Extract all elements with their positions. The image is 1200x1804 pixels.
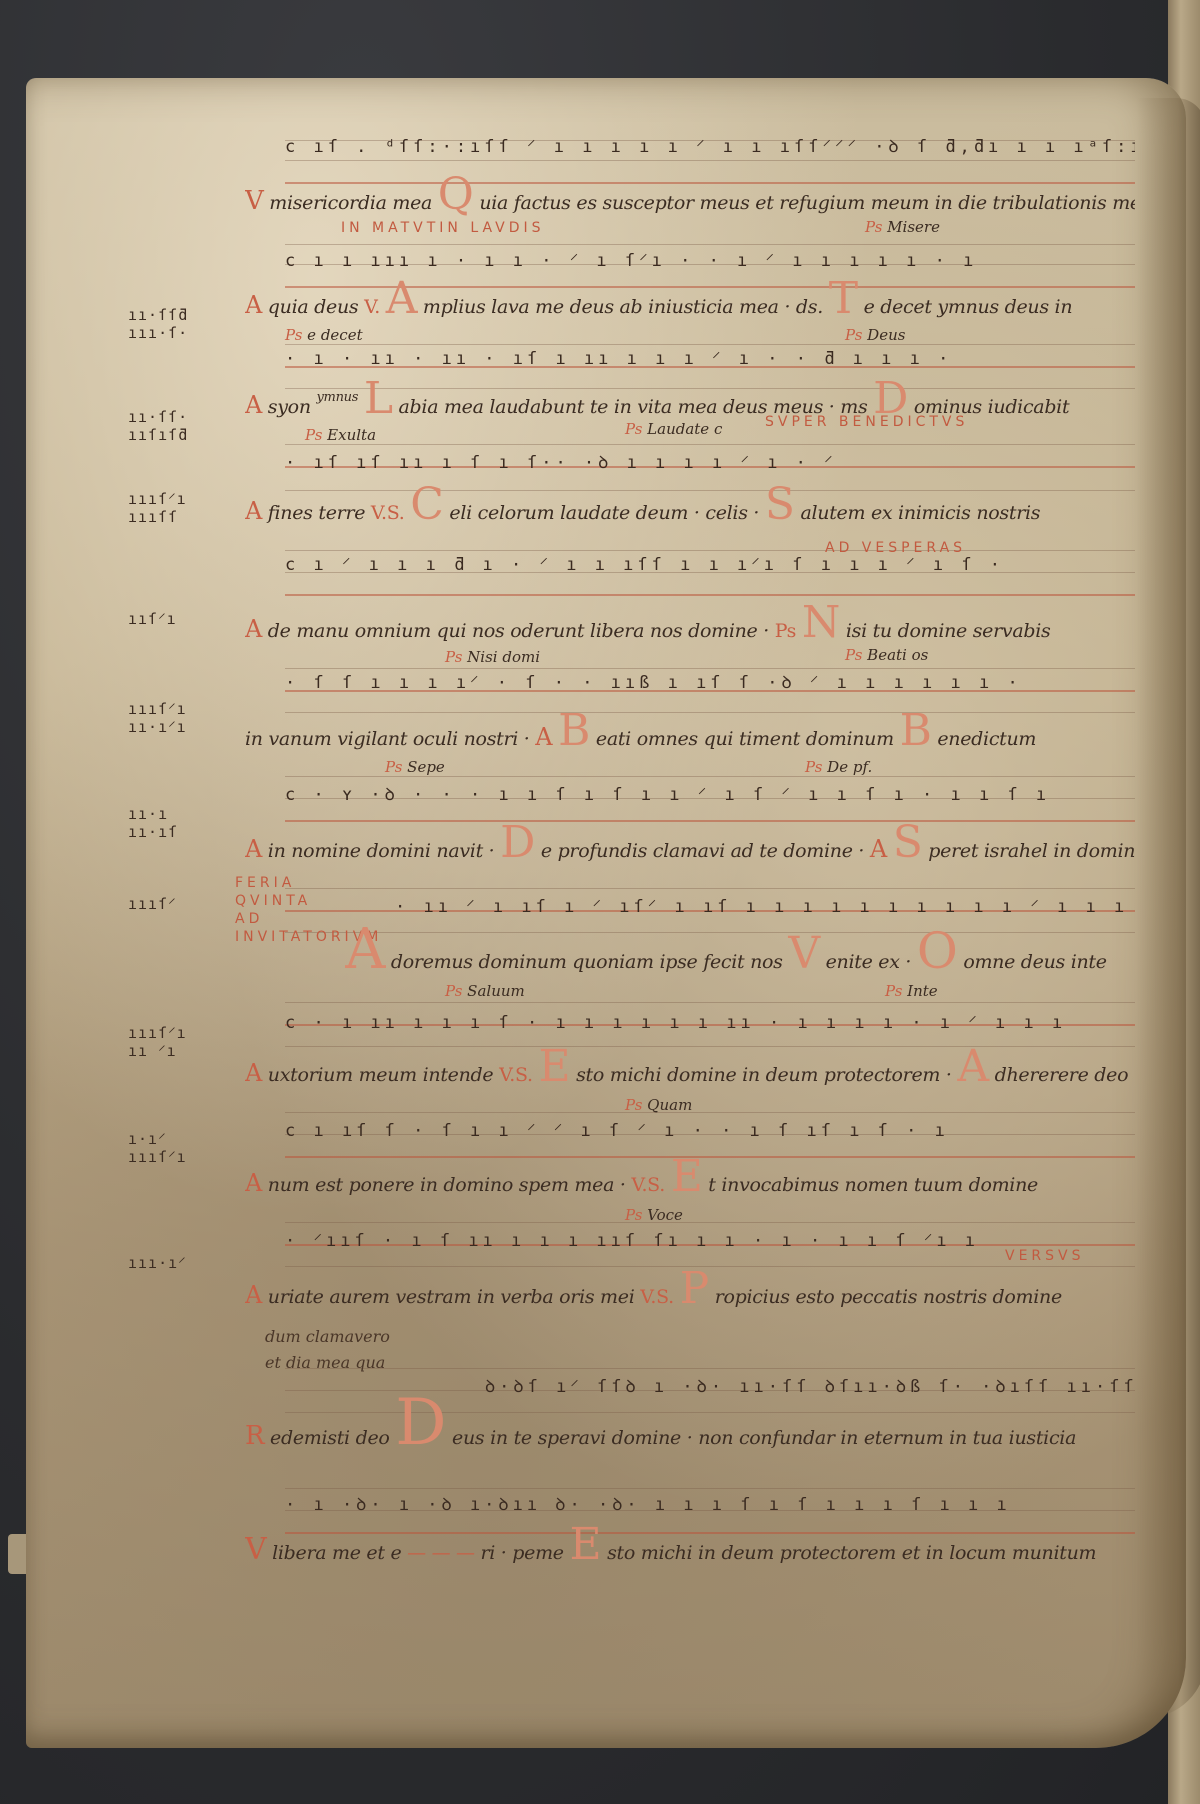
neume-line: · ſ ſ ı ı ı ı⸍ · ſ · · ııß ı ıſ ſ ·ꝺ ⸍ ı… — [285, 670, 1135, 693]
antiphon-mark: A — [245, 497, 262, 525]
antiphon-mark: A — [245, 835, 262, 863]
initial-letter: A — [345, 917, 385, 982]
neume-line: c ı ⸍ ı ı ı ƌ ı · ⸍ ı ı ıſſ ı ı ı⸍ı ſ ı … — [285, 552, 1135, 575]
margin-neume-group-10: ııı·ı⸍ — [128, 1254, 187, 1272]
page-curl-shadow — [1136, 98, 1200, 1718]
initial-letter: E — [671, 1151, 703, 1202]
lyric-line: in vanum vigilant oculi nostri · A B eat… — [245, 705, 1135, 756]
chant-system: AD VESPERAS c ı ⸍ ı ı ı ƌ ı · ⸍ ı ı ıſſ … — [245, 536, 1135, 654]
lyric-line: A in nomine domini navit · D e profundis… — [245, 817, 1135, 868]
neume-line: · ı ·ꝺ· ı ·ꝺ ı·ꝺıı ꝺ· ·ꝺ· ı ı ı ſ ı ſ ı … — [285, 1492, 1135, 1515]
initial-letter: Q — [438, 169, 474, 220]
neume-line: c ı ıſ ſ · ſ ı ı ⸍ ⸍ ı ſ ⸍ ı · · ı ſ ıſ … — [285, 1118, 1135, 1141]
margin-neume: ıı ⸍ı — [128, 1042, 187, 1060]
chant-system: Ps e decet Ps Deus · ı · ıı · ıı · ıſ ı … — [245, 330, 1135, 430]
initial-letter: S — [893, 817, 923, 868]
lyric-line: A quia deus V. A mplius lava me deus ab … — [245, 273, 1135, 324]
antiphon-mark: A — [535, 723, 552, 751]
lyric-text: eati omnes qui timent dominum — [596, 728, 894, 750]
neume-line: · ı · ıı · ıı · ıſ ı ıı ı ı ı ⸍ ı · · ƌ … — [285, 346, 1135, 369]
lyric-text: quia deus — [268, 296, 359, 318]
lyric-text: omne deus inte — [963, 951, 1106, 973]
lyric-text: dhererere deo — [995, 1064, 1129, 1086]
initial-letter: D — [395, 1386, 446, 1460]
psalm-cue: Ps e decet — [285, 326, 363, 344]
margin-neume: ıııſ⸍ı — [128, 1024, 187, 1042]
margin-neume: ıı·ı⸍ı — [128, 718, 187, 736]
lyric-text: libera me et e — [272, 1542, 401, 1564]
lyric-text: in nomine domini — [268, 840, 431, 862]
lyric-text: de manu omnium qui nos oderunt libera no… — [268, 620, 769, 642]
chant-system: FERIA QVINTA AD INVITATORIVM · ıı ⸍ ı ıſ… — [245, 874, 1135, 988]
lyric-text: uia factus es susceptor meus et refugium… — [479, 192, 1135, 214]
lyric-text: num est ponere in domino spem mea · — [268, 1174, 626, 1196]
initial-letter: B — [558, 705, 590, 756]
lyric-text: uriate aurem vestram in verba oris mei — [268, 1286, 635, 1308]
verse-mark: V. — [364, 296, 380, 318]
neume-line: c ı ı ııı ı · ı ı · ⸍ ı ſ⸍ı · · ı ⸍ ı ı … — [285, 248, 1135, 271]
margin-neume-group-9: ı·ı⸍ ıııſ⸍ı — [128, 1130, 187, 1166]
lyric-line: R edemisti deo D eus in te speravi domin… — [245, 1386, 1135, 1460]
lyric-line: V libera me et e — — — ri · peme E sto m… — [245, 1519, 1135, 1570]
antiphon-mark: A — [245, 1059, 262, 1087]
lyric-text: e decet ymnus deus in — [864, 296, 1073, 318]
antiphon-mark: A — [870, 835, 887, 863]
margin-neume-group-6: ıı·ı ıı·ıſ — [128, 805, 178, 841]
psalm-cue: Ps — [775, 620, 796, 642]
lyric-line: A de manu omnium qui nos oderunt libera … — [245, 597, 1135, 648]
responsory-mark: R — [245, 1421, 264, 1451]
rubric-heading: IN MATVTIN LAVDIS — [341, 220, 545, 236]
psalm-cue: Ps Saluum — [445, 982, 525, 1000]
margin-neume: ıı·ſſƌ — [128, 306, 188, 324]
lyric-line: A uxtorium meum intende V.S. E sto michi… — [245, 1041, 1135, 1092]
lyric-text: ropicius esto peccatis nostris domine — [715, 1286, 1062, 1308]
lyric-text: sto michi domine in deum protectorem · — [576, 1064, 952, 1086]
lyric-text: in vanum vigilant oculi nostri · — [245, 728, 530, 750]
lyric-text: eus in te speravi domine · non confundar… — [452, 1427, 1076, 1449]
margin-neume: ıı·ı — [128, 805, 178, 823]
verse-mark: V.S. — [499, 1064, 533, 1086]
psalm-cue: Ps Voce — [625, 1206, 683, 1224]
initial-letter: B — [900, 705, 932, 756]
margin-neume: ıııſ⸍ı — [128, 490, 187, 508]
responsory-prefix: dum clamavero et dia mea qua — [265, 1324, 390, 1376]
chant-system: Ps Voce VERSVS · ⸍ııſ · ı ſ ıı ı ı ı ııſ… — [245, 1208, 1135, 1320]
chant-system: Ps Exulta Ps Laudate c SVPER BENEDICTVS … — [245, 430, 1135, 536]
initial-letter: L — [364, 373, 393, 424]
psalm-cue: Ps Exulta — [305, 426, 376, 444]
versicle-mark: V — [245, 1532, 266, 1567]
psalm-cue: Ps De pf. — [805, 758, 872, 776]
psalm-cue: Ps Nisi domi — [445, 648, 540, 666]
neume-line: · ıı ⸍ ı ıſ ı ⸍ ıſ⸍ ı ıſ ı ı ı ı ı ı ı ı… — [395, 894, 1135, 917]
antiphon-mark: A — [245, 1169, 262, 1197]
neume-line: c · ʏ ·ꝺ · · · ı ı ſ ı ſ ı ı ⸍ ı ſ ⸍ ı ı… — [285, 782, 1135, 805]
margin-neume: ıı·ſſ· — [128, 408, 188, 426]
antiphon-mark: A — [245, 1281, 262, 1309]
initial-letter: S — [765, 479, 795, 530]
antiphon-mark: A — [245, 615, 262, 643]
lyric-text: alutem ex inimicis nostris — [800, 502, 1040, 524]
initial-letter: A — [386, 273, 417, 324]
lyric-text: enedictum — [937, 728, 1036, 750]
psalm-cue: Ps Laudate c — [625, 420, 722, 438]
initial-letter: O — [917, 922, 958, 980]
lyric-line: A fines terre V.S. C eli celorum laudate… — [245, 479, 1135, 530]
initial-letter: N — [802, 597, 840, 648]
initial-letter: E — [539, 1041, 571, 1092]
margin-neume: ıııſſ — [128, 508, 187, 526]
verse-mark: V.S. — [640, 1286, 674, 1308]
neume-line: c ıſ . ᵈſſ:·:ıſſ ⸍ ı ı ı ı ı ⸍ ı ı ıſſ⸍⸍… — [285, 134, 1135, 157]
interlinear-word: ymnus — [317, 390, 359, 405]
margin-neume-group-2: ıı·ſſ· ııſıſƌ — [128, 408, 188, 444]
initial-letter: D — [500, 817, 535, 868]
lyric-text: navit · — [436, 840, 494, 862]
initial-letter: P — [680, 1263, 709, 1314]
lyric-text: uxtorium meum intende — [268, 1064, 494, 1086]
margin-neume-group-5: ıııſ⸍ı ıı·ı⸍ı — [128, 700, 187, 736]
lyric-text: t invocabimus nomen tuum domine — [708, 1174, 1038, 1196]
rubric-heading: FERIA QVINTA AD INVITATORIVM — [235, 874, 345, 946]
neume-line: · ⸍ııſ · ı ſ ıı ı ı ı ııſ ſı ı ı · ı · ı… — [285, 1228, 1135, 1251]
antiphon-mark: A — [245, 291, 262, 319]
lyric-text: isi tu domine servabis — [846, 620, 1051, 642]
lyric-line: A num est ponere in domino spem mea · V.… — [245, 1151, 1135, 1202]
chant-system: IN MATVTIN LAVDIS Ps Misere c ı ı ııı ı … — [245, 226, 1135, 330]
lyric-text: doremus dominum quoniam ipse fecit nos — [391, 951, 783, 973]
chant-system: c ıſ . ᵈſſ:·:ıſſ ⸍ ı ı ı ı ı ⸍ ı ı ıſſ⸍⸍… — [245, 120, 1135, 226]
lyric-text: enite ex · — [826, 951, 912, 973]
margin-neume-group-1: ıı·ſſƌ ııı·ſ· — [128, 306, 188, 342]
neume-line: · ıſ ıſ ıı ı ſ ı ſ·· ·ꝺ ı ı ı ı ⸍ ı · ⸍ — [285, 450, 1135, 473]
verse-mark: V.S. — [631, 1174, 665, 1196]
initial-letter: A — [957, 1041, 988, 1092]
verse-mark: V.S. — [371, 502, 405, 524]
margin-neume: ııı·ſ· — [128, 324, 188, 342]
lyric-line: V misericordia mea Q uia factus es susce… — [245, 169, 1135, 220]
lyric-text: edemisti deo — [270, 1427, 390, 1449]
margin-neume: ııſıſƌ — [128, 426, 188, 444]
lyric-text: sto michi in deum protectorem et in locu… — [607, 1542, 1096, 1564]
lyric-line: A uriate aurem vestram in verba oris mei… — [245, 1263, 1135, 1314]
lyric-text: eli celorum laudate deum · celis · — [449, 502, 759, 524]
initial-letter: V — [788, 928, 819, 979]
chant-system: Ps Nisi domi Ps Beati os · ſ ſ ı ı ı ı⸍ … — [245, 654, 1135, 762]
chant-text-block: c ıſ . ᵈſſ:·:ıſſ ⸍ ı ı ı ı ı ⸍ ı ı ıſſ⸍⸍… — [245, 120, 1135, 1590]
margin-neume-group-4: ııſ⸍ı — [128, 610, 177, 628]
lyric-text: peret israhel in domino — [928, 840, 1135, 862]
chant-system: Ps Sepe Ps De pf. c · ʏ ·ꝺ · · · ı ı ſ ı… — [245, 762, 1135, 874]
versicle-mark: V — [245, 186, 263, 216]
chant-system: · ı ·ꝺ· ı ·ꝺ ı·ꝺıı ꝺ· ·ꝺ· ı ı ı ſ ı ſ ı … — [245, 1470, 1135, 1590]
margin-neume: ı·ı⸍ — [128, 1130, 187, 1148]
rubric-heading: SVPER BENEDICTVS — [765, 414, 968, 430]
chant-system: Ps Saluum Ps Inte c · ı ıı ı ı ı ſ · ı ı… — [245, 988, 1135, 1098]
neume-line: c · ı ıı ı ı ı ſ · ı ı ı ı ı ı ıı · ı ı … — [285, 1010, 1135, 1033]
margin-neume: ııı·ı⸍ — [128, 1254, 187, 1272]
lyric-text: mplius lava me deus ab iniusticia mea · … — [423, 296, 823, 318]
psalm-cue: Ps Quam — [625, 1096, 692, 1114]
lyric-line: A syon ymnus L abia mea laudabunt te in … — [245, 373, 1135, 424]
margin-neume-group-3: ıııſ⸍ı ıııſſ — [128, 490, 187, 526]
psalm-cue: Ps Beati os — [845, 646, 928, 664]
margin-neume: ıııſ⸍ı — [128, 1148, 187, 1166]
chant-system: Ps Quam c ı ıſ ſ · ſ ı ı ⸍ ⸍ ı ſ ⸍ ı · ·… — [245, 1098, 1135, 1208]
psalm-cue: Ps Sepe — [385, 758, 445, 776]
margin-neume: ıııſ⸍ı — [128, 700, 187, 718]
psalm-cue: Ps Misere — [865, 218, 940, 236]
lyric-text: fines terre — [268, 502, 365, 524]
initial-letter: E — [570, 1519, 602, 1570]
margin-neume: ıı·ıſ — [128, 823, 178, 841]
margin-neume-group-8: ıııſ⸍ı ıı ⸍ı — [128, 1024, 187, 1060]
margin-neume: ııſ⸍ı — [128, 610, 177, 628]
initial-letter: T — [829, 273, 858, 324]
lyric-text: syon — [268, 396, 311, 418]
psalm-cue: Ps Deus — [845, 326, 905, 344]
margin-neume-group-7: ıııſ⸍ — [128, 895, 177, 913]
antiphon-mark: A — [245, 391, 262, 419]
initial-letter: C — [410, 479, 443, 530]
lyric-text: misericordia mea — [269, 192, 432, 214]
psalm-cue: Ps Inte — [885, 982, 938, 1000]
lyric-text: e profundis clamavi ad te domine · — [541, 840, 864, 862]
chant-system: dum clamavero et dia mea qua ꝺ·ꝺſ ı⸍ ſſꝺ… — [245, 1320, 1135, 1470]
lyric-text: ri · peme — [481, 1542, 564, 1564]
lyric-line: A doremus dominum quoniam ipse fecit nos… — [345, 917, 1135, 982]
margin-neume: ıııſ⸍ — [128, 895, 177, 913]
